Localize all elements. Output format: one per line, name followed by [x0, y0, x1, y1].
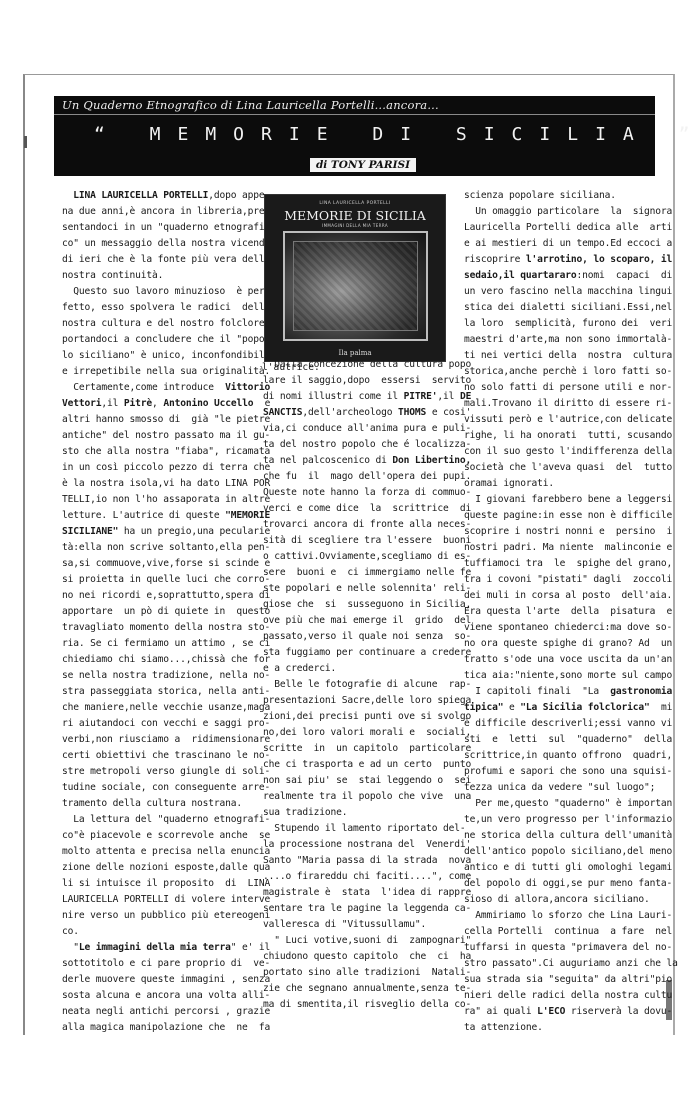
text-line: sto che alla nostra "fiaba", ricamata: [62, 444, 254, 460]
text-line: del popolo di oggi,se pur meno fanta-: [464, 876, 664, 892]
text-line: nostra continuità.: [62, 268, 254, 284]
text-line: ta del nostro popolo che é localizza-: [263, 437, 459, 453]
text-line: altri hanno smosso di già "le pietre: [62, 412, 254, 428]
text-line: no,dei loro valori morali e sociali,: [263, 725, 459, 741]
text-line: un vero fascino nella macchina lingui: [464, 284, 664, 300]
text-line: valleresca di "Vitussullamu".: [263, 917, 459, 933]
text-line: la processione nostrana del Venerdi': [263, 837, 459, 853]
scan-margin-mark: [24, 136, 27, 148]
text-line: tica aia:"niente,sono morte sul campo: [464, 668, 664, 684]
text-line: nieri delle radici della nostra cultu: [464, 988, 664, 1004]
text-line: Santo "Maria passa di la strada nova: [263, 853, 459, 869]
text-line: ....o firareddu chi faciti....", come: [263, 869, 459, 885]
text-line: nire verso un pubblico più etereogeni: [62, 908, 254, 924]
text-line: Queste note hanno la forza di commuo-: [263, 485, 459, 501]
text-line: Era questa l'arte della pisatura e: [464, 604, 664, 620]
text-line: antiche" del nostro passato ma il gu-: [62, 428, 254, 444]
text-line: sentandoci in un "quaderno etnografi-: [62, 220, 254, 236]
text-line: si proietta in quelle luci che corro-: [62, 572, 254, 588]
text-line: nostra cultura e del nostro folclore,: [62, 316, 254, 332]
article-column-1: LINA LAURICELLA PORTELLI,dopo appe-na du…: [62, 188, 254, 1036]
text-line: tuffarsi in questa "primavera del no-: [464, 940, 664, 956]
text-line: in un così piccolo pezzo di terra che: [62, 460, 254, 476]
text-line: stra passeggiata storica, nella anti-: [62, 684, 254, 700]
text-line: Dalla concezione della cultura popo: [263, 357, 459, 373]
text-line: dell'antico popolo siciliano,del meno: [464, 844, 664, 860]
text-line: ri aiutandoci con vecchi e saggi pro-: [62, 716, 254, 732]
cover-subtitle: IMMAGINI DELLA MIA TERRA: [265, 223, 445, 228]
text-line: stre metropoli verso giungle di soli-: [62, 764, 254, 780]
text-line: tipica" e "La Sicilia folclorica" mi: [464, 700, 664, 716]
text-line: passato,verso il quale noi senza so-: [263, 629, 459, 645]
article-banner: Un Quaderno Etnografico di Lina Lauricel…: [54, 96, 655, 176]
text-line: magistrale è stata l'idea di rappre: [263, 885, 459, 901]
text-line: sità di scegliere tra l'essere buoni: [263, 533, 459, 549]
text-line: se nella nostra tradizione, nella no-: [62, 668, 254, 684]
text-line: zione delle nozioni esposte,dalle qua: [62, 860, 254, 876]
kicker-divider: [54, 114, 655, 115]
text-line: verbi,non riusciamo a ridimensionare: [62, 732, 254, 748]
text-line: ria. Se ci fermiamo un attimo , se ci: [62, 636, 254, 652]
text-line: ove più che mai emerge il grido del: [263, 613, 459, 629]
text-line: Per me,questo "quaderno" è importan: [464, 796, 664, 812]
text-line: TELLI,io non l'ho assaporata in altre: [62, 492, 254, 508]
text-line: stica dei dialetti siciliani.Essi,nel: [464, 300, 664, 316]
text-line: certi obiettivi che trascinano le no-: [62, 748, 254, 764]
text-line: co.: [62, 924, 254, 940]
text-line: ra" ai quali L'ECO riserverà la dovu-: [464, 1004, 664, 1020]
article-kicker: Un Quaderno Etnografico di Lina Lauricel…: [62, 98, 439, 112]
text-line: ta attenzione.: [464, 1020, 664, 1036]
text-line: tudine sociale, con conseguente arre-: [62, 780, 254, 796]
text-line: antico e di tutti gli omologhi legami: [464, 860, 664, 876]
text-line: sioso di allora,ancora siciliano.: [464, 892, 664, 908]
text-line: è difficile descriverli;essi vanno vi: [464, 716, 664, 732]
text-line: trovarci ancora di fronte alla neces-: [263, 517, 459, 533]
article-column-2: Dalla concezione della cultura popolare …: [263, 357, 459, 1013]
text-line: tezza unica da vedere "sul luogo";: [464, 780, 664, 796]
text-line: riscoprire l'arrotino, lo scoparo, il: [464, 252, 664, 268]
text-line: con il suo gesto l'indifferenza della: [464, 444, 664, 460]
text-line: ti nei vertici della nostra cultura: [464, 348, 664, 364]
text-line: scrittrice,in quanto offrono quadri,: [464, 748, 664, 764]
text-line: e a crederci.: [263, 661, 459, 677]
text-line: portato sino alle tradizioni Natali-: [263, 965, 459, 981]
text-line: SANCTIS,dell'archeologo THOMS e cosi': [263, 405, 459, 421]
text-line: Un omaggio particolare la signora: [464, 204, 664, 220]
text-line: apportare un pò di quiete in questo: [62, 604, 254, 620]
text-line: ma di smentita,il risveglio della co-: [263, 997, 459, 1013]
text-line: zie che segnano annualmente,senza te-: [263, 981, 459, 997]
text-line: giose che si susseguono in Sicilia,: [263, 597, 459, 613]
text-line: scoprire i nostri nonni e persino i: [464, 524, 664, 540]
text-line: maestri d'arte,ma non sono immortalà-: [464, 332, 664, 348]
text-line: tra i covoni "pistati" dagli zoccoli: [464, 572, 664, 588]
text-line: travagliato momento della nostra sto-: [62, 620, 254, 636]
text-line: LAURICELLA PORTELLI di volere interve: [62, 892, 254, 908]
article-byline: di TONY PARISI: [310, 158, 416, 172]
text-line: che ci trasporta e ad un certo punto: [263, 757, 459, 773]
text-line: no nei ricordi e,soprattutto,spera di: [62, 588, 254, 604]
text-line: e ai mestieri di un tempo.Ed eccoci a: [464, 236, 664, 252]
text-line: è la nostra isola,vi ha dato LINA POR: [62, 476, 254, 492]
text-line: Questo suo lavoro minuzioso è per-: [62, 284, 254, 300]
cover-author: LINA LAURICELLA PORTELLI: [265, 201, 445, 206]
text-line: La lettura del "quaderno etnografi-: [62, 812, 254, 828]
text-line: fetto, esso spolvera le radici della: [62, 300, 254, 316]
text-line: te,un vero progresso per l'informazio: [464, 812, 664, 828]
text-line: cella Portelli continua a fare nel: [464, 924, 664, 940]
text-line: righe, li ha onorati tutti, scusando: [464, 428, 664, 444]
text-line: I capitoli finali "La gastronomia: [464, 684, 664, 700]
text-line: letture. L'autrice di queste "MEMORIE: [62, 508, 254, 524]
text-line: presentazioni Sacre,delle loro spiega: [263, 693, 459, 709]
text-line: sosta alcuna e ancora una volta alli-: [62, 988, 254, 1004]
text-line: neata negli antichi percorsi , grazie: [62, 1004, 254, 1020]
text-line: no ora queste spighe di grano? Ad un: [464, 636, 664, 652]
text-line: co"è piacevole e scorrevole anche se: [62, 828, 254, 844]
text-line: molto attenta e precisa nella enuncia: [62, 844, 254, 860]
article-headline: “ MEMORIE DI SICILIA ”: [54, 124, 655, 145]
text-line: sere buoni e ci immergiamo nelle fe: [263, 565, 459, 581]
text-line: ta nel palcoscenico di Don Libertino,: [263, 453, 459, 469]
text-line: chiediamo chi siamo...,chissà che for: [62, 652, 254, 668]
text-line: di ieri che è la fonte più vera della: [62, 252, 254, 268]
text-line: ste popolari e nelle solennita' reli-: [263, 581, 459, 597]
text-line: na due anni,è ancora in libreria,pre-: [62, 204, 254, 220]
text-line: sa,si commuove,vive,forse si scinde e: [62, 556, 254, 572]
text-line: chiudono questo capitolo che ci ha: [263, 949, 459, 965]
text-line: via,ci conduce all'anima pura e puli-: [263, 421, 459, 437]
text-line: ne storica della cultura dell'umanità: [464, 828, 664, 844]
text-line: mali.Trovano il diritto di essere ri-: [464, 396, 664, 412]
text-line: di nomi illustri come il PITRE',il DE: [263, 389, 459, 405]
text-line: oramai ignorati.: [464, 476, 664, 492]
text-line: verci e come dice la scrittrice di: [263, 501, 459, 517]
text-line: tramento della cultura nostrana.: [62, 796, 254, 812]
text-line: vissuti però e l'autrice,con delicate: [464, 412, 664, 428]
text-line: lo siciliano" è unico, inconfondibile: [62, 348, 254, 364]
text-line: sti e letti sul "quaderno" della: [464, 732, 664, 748]
text-line: Certamente,come introduce Vittorio: [62, 380, 254, 396]
text-line: nostri padri. Ma niente malinconie e: [464, 540, 664, 556]
text-line: sentare tra le pagine la leggenda ca-: [263, 901, 459, 917]
text-line: Ammiriamo lo sforzo che Lina Lauri-: [464, 908, 664, 924]
text-line: sua tradizione.: [263, 805, 459, 821]
text-line: scritte in un capitolo particolare: [263, 741, 459, 757]
book-cover-image: LINA LAURICELLA PORTELLI MEMORIE DI SICI…: [264, 194, 446, 362]
cover-publisher: Ila palma: [265, 349, 445, 357]
text-line: dei muli in corsa al posto dell'aia.: [464, 588, 664, 604]
text-line: la loro semplicità, furono dei veri: [464, 316, 664, 332]
text-line: sedaio,il quartararo:nomi capaci di: [464, 268, 664, 284]
cover-title: MEMORIE DI SICILIA: [265, 208, 445, 223]
text-line: che fu il mago dell'opera dei pupi.: [263, 469, 459, 485]
text-line: Lauricella Portelli dedica alle arti: [464, 220, 664, 236]
article-column-3: scienza popolare siciliana. Un omaggio p…: [464, 188, 664, 1036]
text-line: derle muovere queste immagini , senza: [62, 972, 254, 988]
text-line: "Le immagini della mia terra" e' il: [62, 940, 254, 956]
text-line: Vettori,il Pitrè, Antonino Uccello e: [62, 396, 254, 412]
text-line: sta fuggiamo per continuare a credere: [263, 645, 459, 661]
text-line: viene spontaneo chiederci:ma dove so-: [464, 620, 664, 636]
text-line: sua strada sia "seguita" da altri"pio: [464, 972, 664, 988]
text-line: società che l'aveva quasi del tutto: [464, 460, 664, 476]
text-line: Belle le fotografie di alcune rap-: [263, 677, 459, 693]
text-line: I giovani farebbero bene a leggersi: [464, 492, 664, 508]
text-line: e irrepetibile nella sua originalità.: [62, 364, 254, 380]
text-line: LINA LAURICELLA PORTELLI,dopo appe-: [62, 188, 254, 204]
text-line: che maniere,nelle vecchie usanze,maga: [62, 700, 254, 716]
text-line: tuffiamoci tra le spighe del grano,: [464, 556, 664, 572]
text-line: profumi e sapori che sono una squisi-: [464, 764, 664, 780]
text-line: storica,anche perchè i loro fatti so-: [464, 364, 664, 380]
text-line: alla magica manipolazione che ne fa: [62, 1020, 254, 1036]
text-line: non sai piu' se stai leggendo o sei: [263, 773, 459, 789]
text-line: realmente tra il popolo che vive una: [263, 789, 459, 805]
text-line: stro passato".Ci auguriamo anzi che la: [464, 956, 664, 972]
text-line: tà:ella non scrive soltanto,ella pen-: [62, 540, 254, 556]
text-line: Stupendo il lamento riportato del-: [263, 821, 459, 837]
text-line: SICILIANE" ha un pregio,una peculariе: [62, 524, 254, 540]
text-line: lare il saggio,dopo essersi servito: [263, 373, 459, 389]
text-line: o cattivi.Ovviamente,scegliamo di es-: [263, 549, 459, 565]
text-line: portandoci a concludere che il "popo-: [62, 332, 254, 348]
cover-artwork: [283, 231, 428, 341]
text-line: tratto s'ode una voce uscita da un'an: [464, 652, 664, 668]
text-line: " Luci votive,suoni di zampognari": [263, 933, 459, 949]
text-line: sottotitolo e ci pare proprio di ve-: [62, 956, 254, 972]
text-line: co" un messaggio della nostra vicenda: [62, 236, 254, 252]
text-line: zioni,dei precisi punti ove si svolgo: [263, 709, 459, 725]
text-line: li si intuisce il proposito di LINA: [62, 876, 254, 892]
text-line: scienza popolare siciliana.: [464, 188, 664, 204]
text-line: queste pagine:in esse non è difficile: [464, 508, 664, 524]
text-line: no solo fatti di persone utili e nor-: [464, 380, 664, 396]
